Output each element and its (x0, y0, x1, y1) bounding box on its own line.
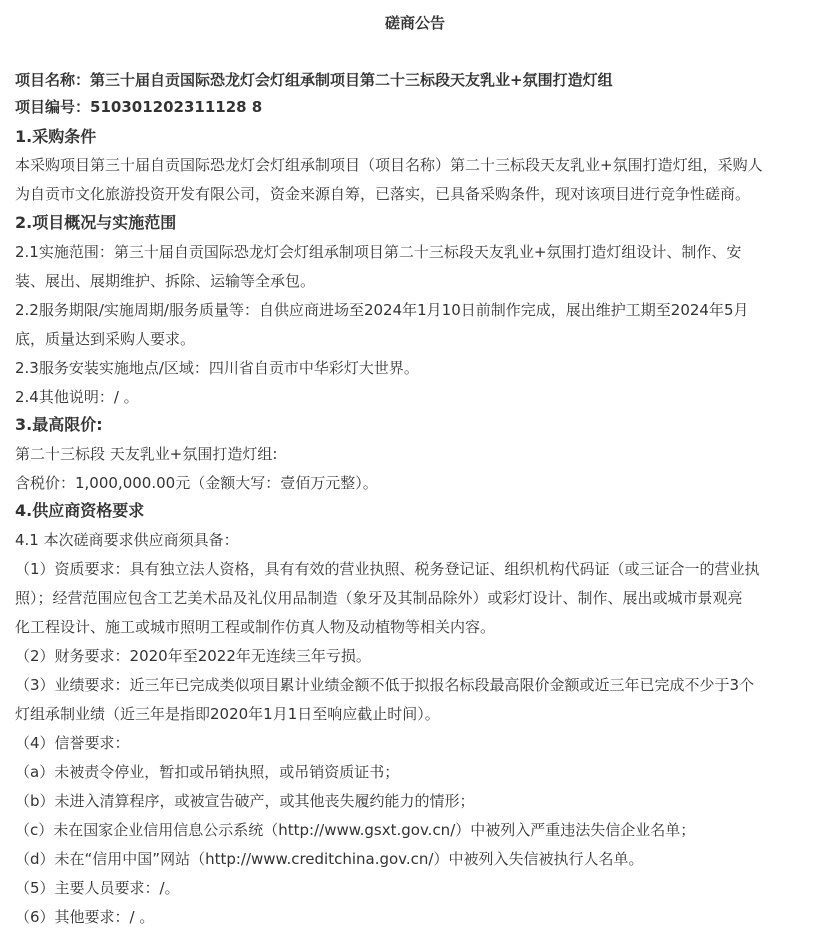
section-2-line: 2.1实施范围：第三十届自贡国际恐龙灯会灯组承制项目第二十三标段天友乳业+氛围打… (15, 242, 820, 262)
section-1-line: 本采购项目第三十届自贡国际恐龙灯会灯组承制项目（项目名称）第二十三标段天友乳业+… (15, 155, 820, 175)
section-3-heading: 3.最高限价: (15, 415, 820, 435)
section-4-line: 灯组承制业绩（近三年是指即2020年1月1日至响应截止时间）。 (15, 704, 820, 724)
section-3-line: 第二十三标段 天友乳业+氛围打造灯组: (15, 444, 820, 464)
section-2-line: 2.2服务期限/实施周期/服务质量等：自供应商进场至2024年1月10日前制作完… (15, 300, 820, 320)
section-4-line: （2）财务要求：2020年至2022年无连续三年亏损。 (15, 646, 820, 666)
section-4-line: （a）未被责令停业，暂扣或吊销执照，或吊销资质证书； (15, 762, 820, 782)
section-4-line: （c）未在国家企业信用信息公示系统（http://www.gsxt.gov.cn… (15, 820, 820, 840)
project-number-label: 项目编号： (15, 98, 90, 116)
project-name-row: 项目名称：第三十届自贡国际恐龙灯会灯组承制项目第二十三标段天友乳业+氛围打造灯组 (15, 70, 820, 90)
section-4-line: （4）信誉要求： (15, 733, 820, 753)
section-1-heading: 1.采购条件 (15, 127, 820, 147)
section-4-line: 4.1 本次磋商要求供应商须具备： (15, 530, 820, 550)
section-4-line: （1）资质要求：具有独立法人资格，具有有效的营业执照、税务登记证、组织机构代码证… (15, 559, 820, 579)
section-2-line: 装、展出、展期维护、拆除、运输等全承包。 (15, 271, 820, 291)
project-number-row: 项目编号：510301202311128 8 (15, 97, 820, 117)
section-4-line: 化工程设计、施工或城市照明工程或制作仿真人物及动植物等相关内容。 (15, 617, 820, 637)
project-name-label: 项目名称： (15, 71, 90, 89)
section-2-heading: 2.项目概况与实施范围 (15, 213, 820, 233)
section-2-line: 2.4其他说明：/ 。 (15, 387, 820, 407)
page-title: 磋商公告 (0, 12, 830, 33)
section-4-line: 照）；经营范围应包含工艺美术品及礼仪用品制造（象牙及其制品除外）或彩灯设计、制作… (15, 588, 820, 608)
section-4-line: （5）主要人员要求：/。 (15, 878, 820, 898)
section-3-line: 含税价：1,000,000.00元（金额大写：壹佰万元整）。 (15, 473, 820, 493)
section-2-line: 2.3服务安装实施地点/区域：四川省自贡市中华彩灯大世界。 (15, 358, 820, 378)
section-4-line: （6）其他要求：/ 。 (15, 907, 820, 927)
announcement-document: 磋商公告 项目名称：第三十届自贡国际恐龙灯会灯组承制项目第二十三标段天友乳业+氛… (0, 0, 830, 930)
section-4-line: （3）业绩要求：近三年已完成类似项目累计业绩金额不低于拟报名标段最高限价金额或近… (15, 675, 820, 695)
project-number-value: 510301202311128 8 (90, 98, 262, 116)
section-2-line: 底，质量达到采购人要求。 (15, 329, 820, 349)
section-4-line: （d）未在“信用中国”网站（http://www.creditchina.gov… (15, 849, 820, 869)
section-1-line: 为自贡市文化旅游投资开发有限公司，资金来源自筹，已落实，已具备采购条件，现对该项… (15, 184, 820, 204)
project-name-value: 第三十届自贡国际恐龙灯会灯组承制项目第二十三标段天友乳业+氛围打造灯组 (90, 71, 613, 89)
section-4-heading: 4.供应商资格要求 (15, 501, 820, 521)
section-4-line: （b）未进入清算程序，或被宣告破产，或其他丧失履约能力的情形； (15, 791, 820, 811)
